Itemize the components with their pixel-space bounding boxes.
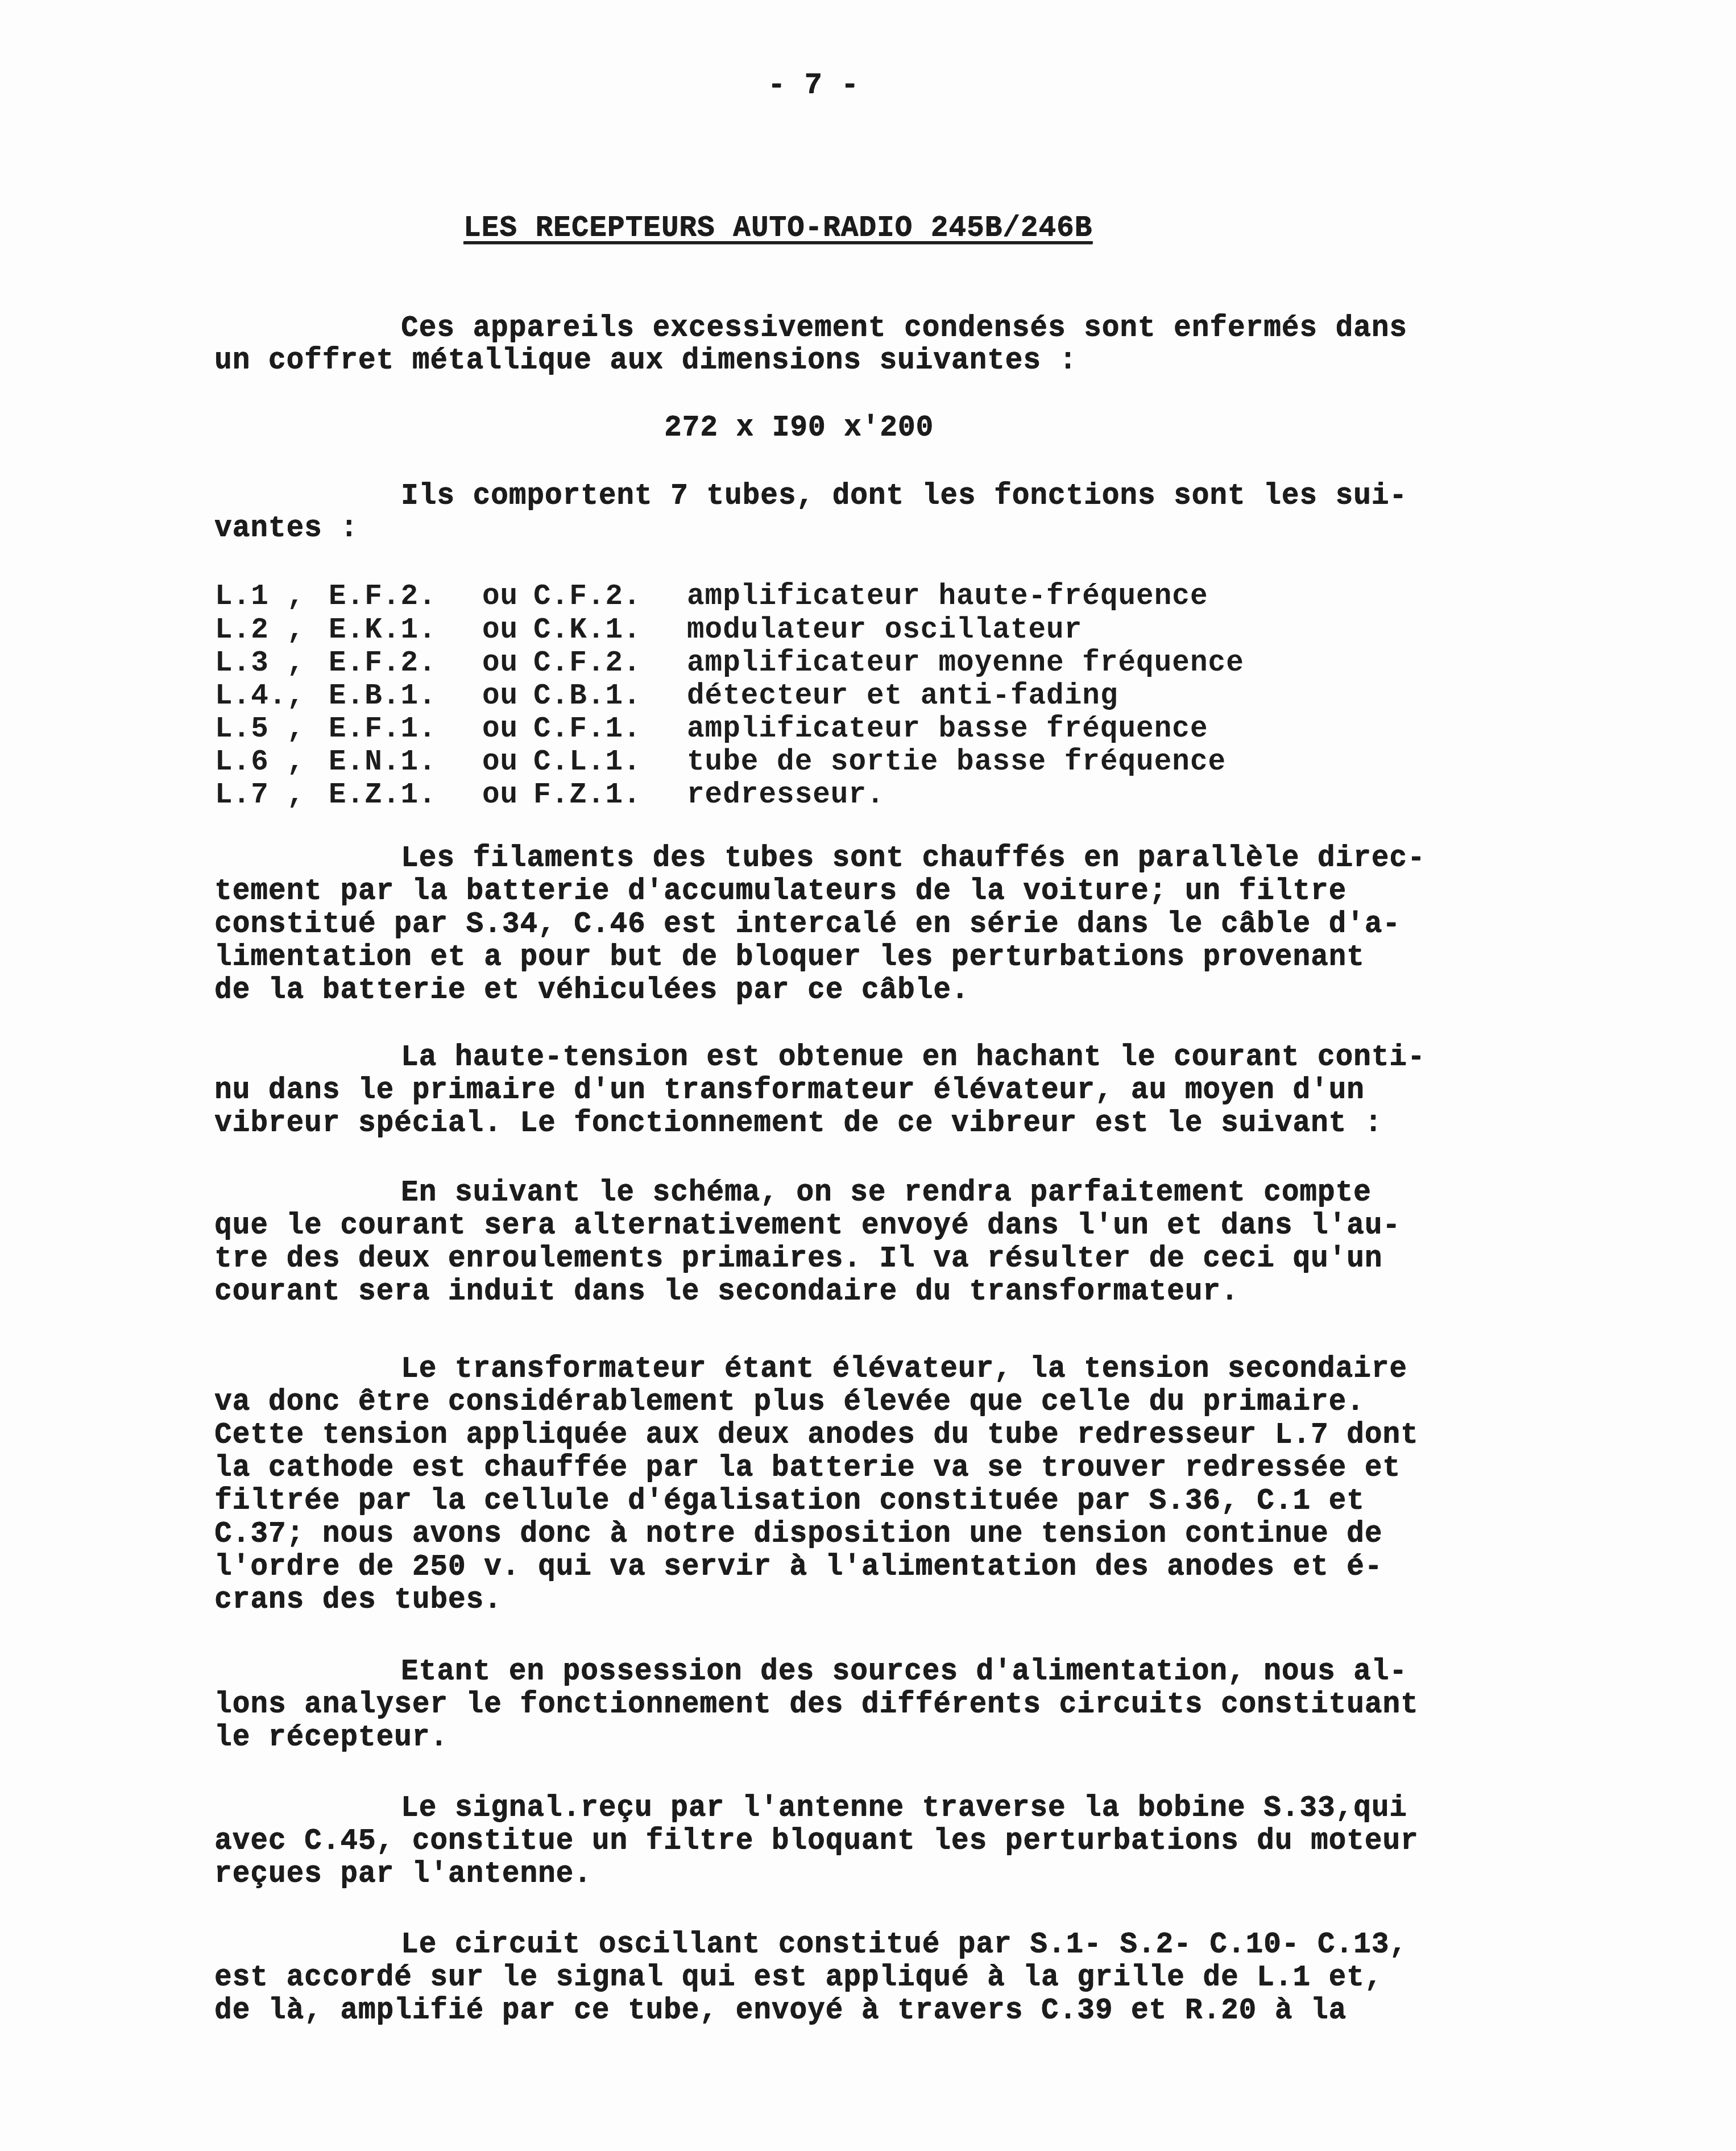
tube-or: ou bbox=[482, 614, 518, 648]
intro-line-2: un coffret métallique aux dimensions sui… bbox=[214, 344, 1077, 378]
paragraph-line: Cette tension appliquée aux deux anodes … bbox=[214, 1418, 1419, 1453]
tube-type-e: E.N.1. bbox=[329, 746, 437, 780]
page-number: - 7 - bbox=[768, 68, 859, 102]
tube-type-c: C.L.1. bbox=[533, 746, 641, 780]
tube-function: tube de sortie basse fréquence bbox=[687, 746, 1226, 780]
paragraph-line: Le circuit oscillant constitué par S.1- … bbox=[401, 1928, 1407, 1962]
tube-type-c: C.F.2. bbox=[533, 580, 641, 614]
paragraph-line: Le signal.reçu par l'antenne traverse la… bbox=[401, 1792, 1407, 1826]
tube-id: L.6 , bbox=[215, 746, 305, 780]
paragraph-line: de la batterie et véhiculées par ce câbl… bbox=[214, 974, 969, 1008]
tube-function: amplificateur haute-fréquence bbox=[687, 580, 1208, 614]
paragraph-line: Les filaments des tubes sont chauffés en… bbox=[401, 842, 1425, 876]
paragraph-line: En suivant le schéma, on se rendra parfa… bbox=[401, 1176, 1372, 1210]
document-page: - 7 - LES RECEPTEURS AUTO-RADIO 245B/246… bbox=[0, 0, 1736, 2151]
tube-or: ou bbox=[482, 680, 518, 714]
tube-function: détecteur et anti-fading bbox=[687, 680, 1118, 714]
paragraph-line: constitué par S.34, C.46 est intercalé e… bbox=[214, 908, 1401, 942]
paragraph-line: La haute-tension est obtenue en hachant … bbox=[401, 1041, 1425, 1075]
paragraph-line: C.37; nous avons donc à notre dispositio… bbox=[214, 1517, 1382, 1552]
tube-or: ou bbox=[482, 746, 518, 780]
paragraph-line: tement par la batterie d'accumulateurs d… bbox=[214, 875, 1346, 909]
intro-line-1: Ces appareils excessivement condensés so… bbox=[401, 312, 1407, 346]
dimensions: 272 x I90 x'200 bbox=[664, 411, 934, 445]
tube-id: L.4., bbox=[215, 680, 305, 714]
tube-id: L.3 , bbox=[215, 647, 305, 681]
tube-function: modulateur oscillateur bbox=[687, 614, 1082, 648]
paragraph-line: lons analyser le fonctionnement des diff… bbox=[214, 1688, 1419, 1722]
paragraph-line: Le transformateur étant élévateur, la te… bbox=[401, 1352, 1407, 1387]
paragraph-line: va donc être considérablement plus élevé… bbox=[214, 1385, 1365, 1420]
tube-or: ou bbox=[482, 647, 518, 681]
tube-type-c: C.K.1. bbox=[533, 614, 641, 648]
tubes-intro-line-1: Ils comportent 7 tubes, dont les fonctio… bbox=[401, 479, 1407, 514]
paragraph-line: limentation et a pour but de bloquer les… bbox=[214, 941, 1365, 975]
tube-or: ou bbox=[482, 713, 518, 747]
paragraph-line: que le courant sera alternativement envo… bbox=[214, 1209, 1401, 1243]
tube-id: L.2 , bbox=[215, 614, 305, 648]
paragraph-line: vibreur spécial. Le fonctionnement de ce… bbox=[214, 1107, 1382, 1141]
tube-id: L.7 , bbox=[215, 779, 305, 813]
tube-or: ou bbox=[482, 580, 518, 614]
tube-or: ou bbox=[482, 779, 518, 813]
paragraph-line: Etant en possession des sources d'alimen… bbox=[401, 1655, 1407, 1689]
paragraph-line: reçues par l'antenne. bbox=[214, 1858, 592, 1892]
tube-id: L.5 , bbox=[215, 713, 305, 747]
paragraph-line: courant sera induit dans le secondaire d… bbox=[214, 1275, 1238, 1309]
tube-function: amplificateur moyenne fréquence bbox=[687, 647, 1244, 681]
paragraph-line: tre des deux enroulements primaires. Il … bbox=[214, 1242, 1382, 1276]
tube-type-e: E.B.1. bbox=[329, 680, 437, 714]
document-title: LES RECEPTEURS AUTO-RADIO 245B/246B bbox=[463, 212, 1092, 246]
tube-id: L.1 , bbox=[215, 580, 305, 614]
tube-function: redresseur. bbox=[687, 779, 885, 813]
tube-type-e: E.F.1. bbox=[329, 713, 437, 747]
paragraph-line: nu dans le primaire d'un transformateur … bbox=[214, 1074, 1365, 1108]
paragraph-line: filtrée par la cellule d'égalisation con… bbox=[214, 1484, 1365, 1519]
tubes-intro-line-2: vantes : bbox=[214, 512, 358, 546]
tube-type-c: C.F.1. bbox=[533, 713, 641, 747]
paragraph-line: de là, amplifié par ce tube, envoyé à tr… bbox=[214, 1994, 1346, 2028]
tube-type-e: E.Z.1. bbox=[329, 779, 437, 813]
paragraph-line: est accordé sur le signal qui est appliq… bbox=[214, 1961, 1382, 1995]
paragraph-line: le récepteur. bbox=[214, 1721, 448, 1755]
tube-type-c: C.B.1. bbox=[533, 680, 641, 714]
tube-type-e: E.F.2. bbox=[329, 647, 437, 681]
paragraph-line: avec C.45, constitue un filtre bloquant … bbox=[214, 1825, 1419, 1859]
tube-type-e: E.F.2. bbox=[329, 580, 437, 614]
tube-type-c: F.Z.1. bbox=[533, 779, 641, 813]
tube-type-e: E.K.1. bbox=[329, 614, 437, 648]
tube-type-c: C.F.2. bbox=[533, 647, 641, 681]
tube-function: amplificateur basse fréquence bbox=[687, 713, 1208, 747]
paragraph-line: la cathode est chauffée par la batterie … bbox=[214, 1451, 1401, 1486]
paragraph-line: l'ordre de 250 v. qui va servir à l'alim… bbox=[214, 1550, 1382, 1585]
paragraph-line: crans des tubes. bbox=[214, 1583, 502, 1618]
